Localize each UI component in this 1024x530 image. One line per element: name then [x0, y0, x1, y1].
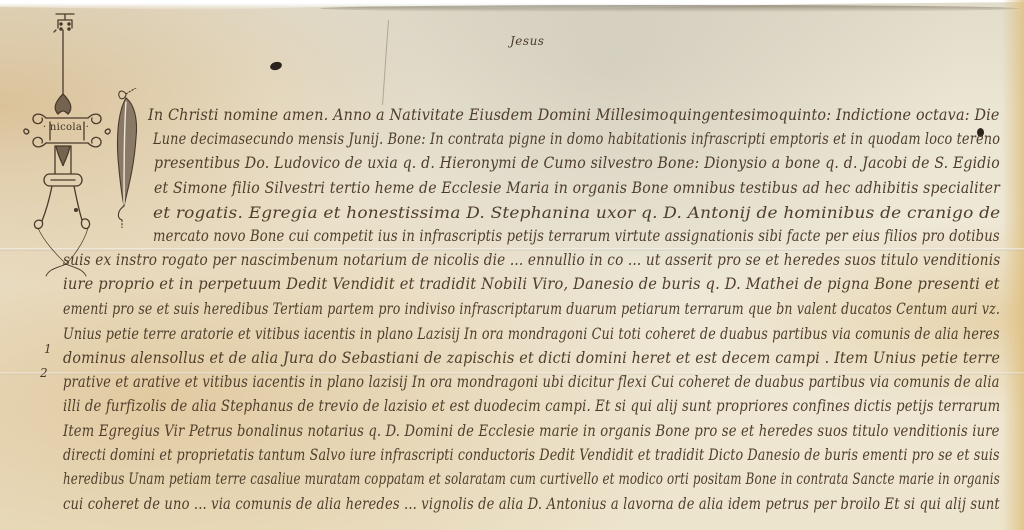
text-line-4: et Simone filio Silvestri tertio heme de…: [154, 179, 1000, 197]
text-line-15: directi domini et proprietatis tantum Sa…: [63, 446, 1000, 464]
text-line-5: et rogatis. Egregia et honestissima D. S…: [153, 204, 1000, 222]
text-line-13: illi de furfizolis de alia Stephanus de …: [63, 397, 1000, 415]
text-line-6: mercato novo Bone cui competit ius in in…: [153, 227, 1000, 245]
text-line-11: dominus alensollus et de alia Jura do Se…: [63, 349, 1000, 367]
text-line-16: heredibus Unam petiam terre casaliue mur…: [63, 470, 1000, 488]
text-line-10: Unius petie terre aratorie et vitibus ia…: [63, 325, 1000, 343]
text-line-9: ementi pro se et suis heredibus Tertiam …: [63, 300, 1000, 318]
text-line-3: presentibus Do. Ludovico de uxia q. d. H…: [154, 154, 1000, 172]
text-line-7: suis ex instro rogato per nascimbenum no…: [63, 251, 1000, 269]
text-line-2: Lune decimasecundo mensis Junij. Bone: I…: [153, 130, 1000, 148]
document-body-text: In Christi nomine amen. Anno a Nativitat…: [0, 0, 1024, 530]
margin-number-2: 2: [40, 366, 48, 380]
text-line-1: In Christi nomine amen. Anno a Nativitat…: [148, 106, 1000, 124]
text-line-8: iure proprio et in perpetuum Dedit Vendi…: [63, 275, 1000, 293]
margin-number-1: 1: [44, 342, 52, 356]
text-line-17: cui coheret de uno ... via comunis de al…: [63, 495, 1000, 513]
manuscript-page: Jesus: [0, 0, 1024, 530]
text-line-14: Item Egregius Vir Petrus bonalinus notar…: [63, 422, 1000, 440]
text-line-12: prative et arative et vitibus iacentis i…: [63, 373, 1000, 391]
